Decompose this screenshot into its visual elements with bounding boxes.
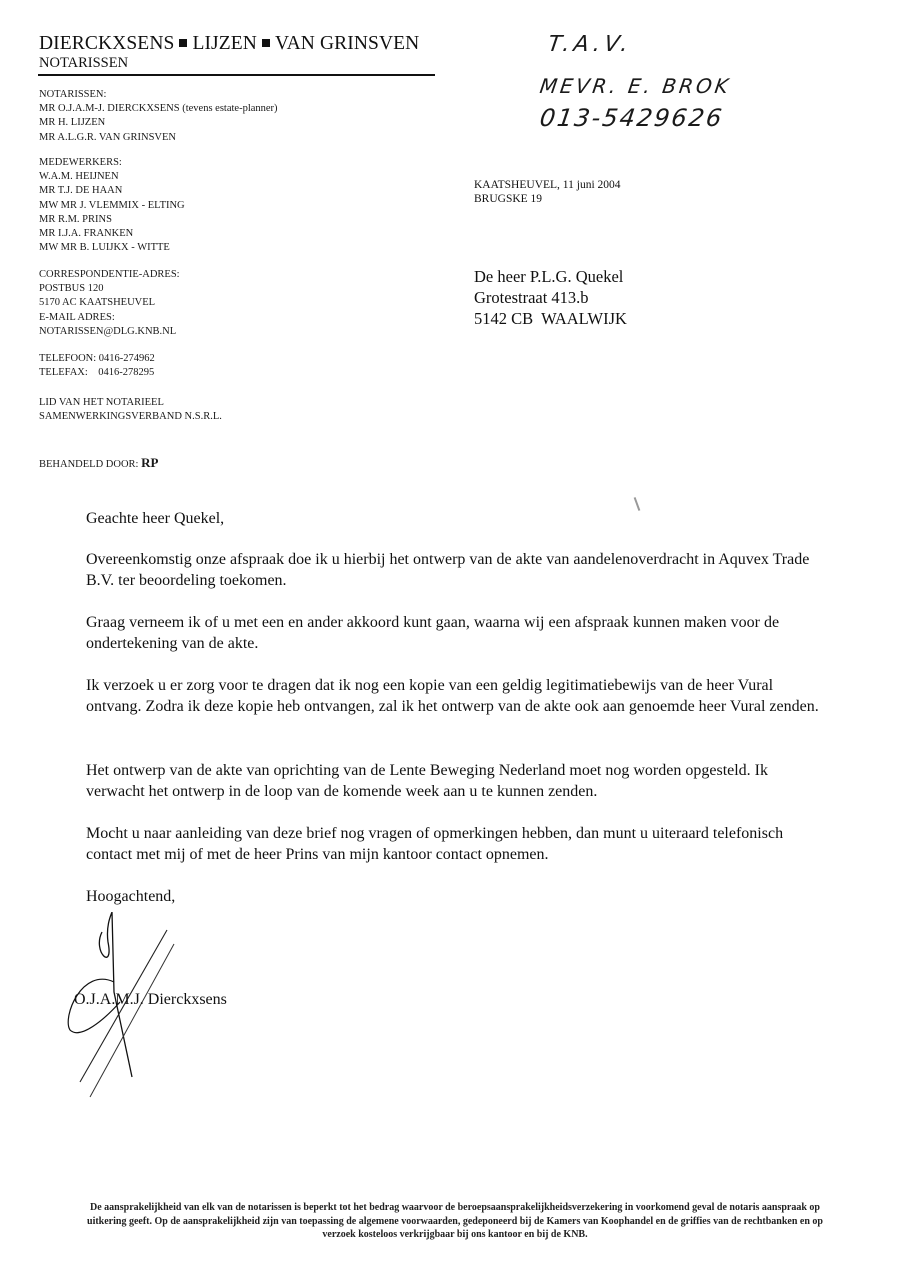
salutation: Geachte heer Quekel,	[86, 509, 826, 530]
membership-block: LID VAN HET NOTARIEEL SAMENWERKINGSVERBA…	[39, 396, 222, 424]
paragraph-1: Overeenkomstig onze afspraak doe ik u hi…	[86, 550, 826, 591]
firm-name-part-3: VAN GRINSVEN	[275, 33, 419, 54]
paragraph-3: Ik verzoek u er zorg voor te dragen dat …	[86, 676, 826, 717]
notary-name: MR A.L.G.R. VAN GRINSVEN	[39, 131, 278, 145]
membership-line: SAMENWERKINGSVERBAND N.S.R.L.	[39, 410, 222, 424]
staff-name: W.A.M. HEIJNEN	[39, 170, 185, 184]
email-heading: E-MAIL ADRES:	[39, 311, 180, 325]
recipient-street: Grotestraat 413.b	[474, 287, 627, 308]
handled-by: BEHANDELD DOOR: RP	[39, 456, 158, 470]
square-bullet-icon	[262, 39, 270, 47]
fax-number: TELEFAX: 0416-278295	[39, 366, 155, 380]
notaries-block: NOTARISSEN: MR O.J.A.M-J. DIERCKXSENS (t…	[39, 88, 278, 145]
office-address: BRUGSKE 19	[474, 192, 621, 206]
handled-by-label: BEHANDELD DOOR:	[39, 459, 138, 470]
recipient-address: De heer P.L.G. Quekel Grotestraat 413.b …	[474, 266, 627, 329]
place-and-date: KAATSHEUVEL, 11 juni 2004	[474, 178, 621, 192]
po-box: POSTBUS 120	[39, 282, 180, 296]
paragraph-5: Mocht u naar aanleiding van deze brief n…	[86, 824, 826, 865]
postal-city: 5170 AC KAATSHEUVEL	[39, 296, 180, 310]
paragraph-2: Graag verneem ik of u met een en ander a…	[86, 613, 826, 654]
handwritten-contact-name: MEVR. E. BROK	[538, 74, 732, 98]
staff-heading: MEDEWERKERS:	[39, 156, 185, 170]
firm-subtitle: NOTARISSEN	[39, 55, 128, 72]
staff-name: MR R.M. PRINS	[39, 213, 185, 227]
staff-name: MR T.J. DE HAAN	[39, 184, 185, 198]
square-bullet-icon	[179, 39, 187, 47]
phone-number: TELEFOON: 0416-274962	[39, 352, 155, 366]
notaries-heading: NOTARISSEN:	[39, 88, 278, 102]
signer-name: O.J.A.M.J. Dierckxsens	[74, 991, 227, 1009]
closing: Hoogachtend,	[86, 887, 826, 908]
recipient-city: 5142 CB WAALWIJK	[474, 308, 627, 329]
recipient-name: De heer P.L.G. Quekel	[474, 266, 627, 287]
membership-line: LID VAN HET NOTARIEEL	[39, 396, 222, 410]
staff-block: MEDEWERKERS: W.A.M. HEIJNEN MR T.J. DE H…	[39, 156, 185, 255]
firm-name-part-1: DIERCKXSENS	[39, 33, 174, 54]
firm-name: DIERCKXSENSLIJZENVAN GRINSVEN	[39, 33, 419, 55]
correspondence-block: CORRESPONDENTIE-ADRES: POSTBUS 120 5170 …	[39, 268, 180, 339]
dateline: KAATSHEUVEL, 11 juni 2004 BRUGSKE 19	[474, 178, 621, 206]
staff-name: MW MR B. LUIJKX - WITTE	[39, 241, 185, 255]
staff-name: MR I.J.A. FRANKEN	[39, 227, 185, 241]
letterhead-divider	[38, 74, 435, 76]
notary-name: MR H. LIJZEN	[39, 116, 278, 130]
firm-name-part-2: LIJZEN	[192, 33, 257, 54]
correspondence-heading: CORRESPONDENTIE-ADRES:	[39, 268, 180, 282]
staff-name: MW MR J. VLEMMIX - ELTING	[39, 199, 185, 213]
handwritten-attention: T.A.V.	[546, 32, 633, 57]
contact-block: TELEFOON: 0416-274962 TELEFAX: 0416-2782…	[39, 352, 155, 380]
handwritten-phone: 013-5429626	[538, 104, 725, 132]
paragraph-4: Het ontwerp van de akte van oprichting v…	[86, 761, 826, 802]
notary-name: MR O.J.A.M-J. DIERCKXSENS (tevens estate…	[39, 102, 278, 116]
liability-disclaimer: De aansprakelijkheid van elk van de nota…	[70, 1201, 840, 1242]
handled-by-initials: RP	[141, 455, 158, 470]
email-address[interactable]: NOTARISSEN@DLG.KNB.NL	[39, 325, 180, 339]
